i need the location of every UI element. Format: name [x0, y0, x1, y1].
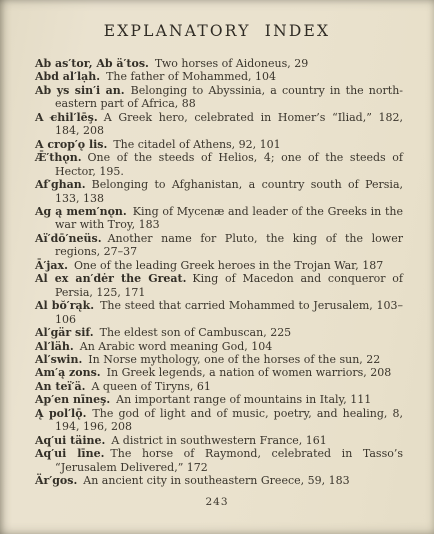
entry-term: Ǣ′thǫn.: [35, 151, 82, 164]
entry-term: An teï′ä.: [35, 380, 85, 393]
entry-definition: An Arabic word meaning God, 104: [80, 340, 273, 353]
entry-definition: A queen of Tiryns, 61: [91, 380, 210, 393]
entry-term: Al bŏ′rąk.: [35, 299, 94, 312]
entry-term: Ab ys sin′i an.: [35, 84, 125, 97]
entry-term: Är′gos.: [35, 474, 77, 487]
index-entry: Aq′ui līne.The horse of Raymond, celebra…: [35, 447, 403, 474]
entry-term: Ā′jax.: [35, 259, 68, 272]
index-entry: Aq′ui täine.A district in southwestern F…: [35, 434, 403, 447]
index-entry: Ab ys sin′i an.Belonging to Abyssinia, a…: [35, 84, 403, 111]
entry-term: Al′swin.: [35, 353, 82, 366]
entry-definition: An ancient city in southeastern Greece, …: [83, 474, 349, 487]
entry-term: Aï′dō′neüs.: [35, 232, 102, 245]
index-entry: Af′ghan.Belonging to Afghanistan, a coun…: [35, 178, 403, 205]
entry-definition: A district in southwestern France, 161: [111, 434, 326, 447]
index-entry: Al′swin.In Norse mythology, one of the h…: [35, 353, 403, 366]
entry-term: Ap′en nīneş.: [35, 393, 110, 406]
entry-term: Ag ą mem′nǫn.: [35, 205, 127, 218]
entry-term: Al ex an′dėr the Great.: [35, 272, 186, 285]
entry-definition: In Norse mythology, one of the horses of…: [88, 353, 380, 366]
index-entry: Ab as′tor, Ab ä′tos.Two horses of Aidone…: [35, 57, 403, 70]
entry-term: Al′gär sif.: [35, 326, 94, 339]
entry-definition: One of the steeds of Helios, 4; one of t…: [55, 151, 403, 177]
page-title: EXPLANATORY INDEX: [0, 22, 434, 40]
index-entries: Ab as′tor, Ab ä′tos.Two horses of Aidone…: [35, 57, 403, 488]
entry-definition: Two horses of Aidoneus, 29: [155, 57, 308, 70]
entry-term: Am′ą zons.: [35, 366, 101, 379]
entry-definition: The father of Mohammed, 104: [106, 70, 276, 83]
entry-definition: An important range of mountains in Italy…: [116, 393, 371, 406]
entry-definition: The god of light and of music, poetry, a…: [55, 407, 403, 433]
index-entry: Al′gär sif.The eldest son of Cambuscan, …: [35, 326, 403, 339]
entry-term: Aq′ui täine.: [35, 434, 105, 447]
entry-definition: The steed that carried Mohammed to Jerus…: [55, 299, 403, 325]
entry-definition: The citadel of Athens, 92, 101: [113, 138, 280, 151]
index-entry: Är′gos.An ancient city in southeastern G…: [35, 474, 403, 487]
entry-term: Al′läh.: [35, 340, 74, 353]
entry-definition: In Greek legends, a nation of women warr…: [107, 366, 392, 379]
index-entry: Aï′dō′neüs.Another name for Pluto, the k…: [35, 232, 403, 259]
book-page: EXPLANATORY INDEX Ab as′tor, Ab ä′tos.Tw…: [0, 0, 434, 534]
index-entry: Ap′en nīneş.An important range of mounta…: [35, 393, 403, 406]
entry-term: Ab as′tor, Ab ä′tos.: [35, 57, 149, 70]
entry-definition: A Greek hero, celebrated in Homer’s “Ili…: [55, 111, 403, 137]
entry-term: Ą pol′lǭ.: [35, 407, 86, 420]
index-entry: An teï′ä.A queen of Tiryns, 61: [35, 380, 403, 393]
index-entry: A crop′ǫ lis.The citadel of Athens, 92, …: [35, 138, 403, 151]
index-entry: Al bŏ′rąk.The steed that carried Mohamme…: [35, 299, 403, 326]
index-entry: Am′ą zons.In Greek legends, a nation of …: [35, 366, 403, 379]
entry-definition: The horse of Raymond, celebrated in Tass…: [55, 447, 403, 473]
entry-definition: Another name for Pluto, the king of the …: [55, 232, 403, 258]
index-entry: Al′läh.An Arabic word meaning God, 104: [35, 340, 403, 353]
page-number: 243: [0, 496, 434, 508]
entry-definition: Belonging to Afghanistan, a country sout…: [55, 178, 403, 204]
index-entry: Ą pol′lǭ.The god of light and of music, …: [35, 407, 403, 434]
entry-term: Aq′ui līne.: [35, 447, 104, 460]
index-entry: A c̶hil′lēş.A Greek hero, celebrated in …: [35, 111, 403, 138]
entry-term: A c̶hil′lēş.: [35, 111, 98, 124]
entry-term: A crop′ǫ lis.: [35, 138, 107, 151]
index-entry: Ag ą mem′nǫn.King of Mycenæ and leader o…: [35, 205, 403, 232]
index-entry: Abd al′lạh.The father of Mohammed, 104: [35, 70, 403, 83]
index-entry: Al ex an′dėr the Great.King of Macedon a…: [35, 272, 403, 299]
entry-definition: One of the leading Greek heroes in the T…: [74, 259, 383, 272]
index-entry: Ǣ′thǫn.One of the steeds of Helios, 4; o…: [35, 151, 403, 178]
index-entry: Ā′jax.One of the leading Greek heroes in…: [35, 259, 403, 272]
entry-term: Af′ghan.: [35, 178, 86, 191]
entry-definition: The eldest son of Cambuscan, 225: [100, 326, 292, 339]
entry-term: Abd al′lạh.: [35, 70, 100, 83]
